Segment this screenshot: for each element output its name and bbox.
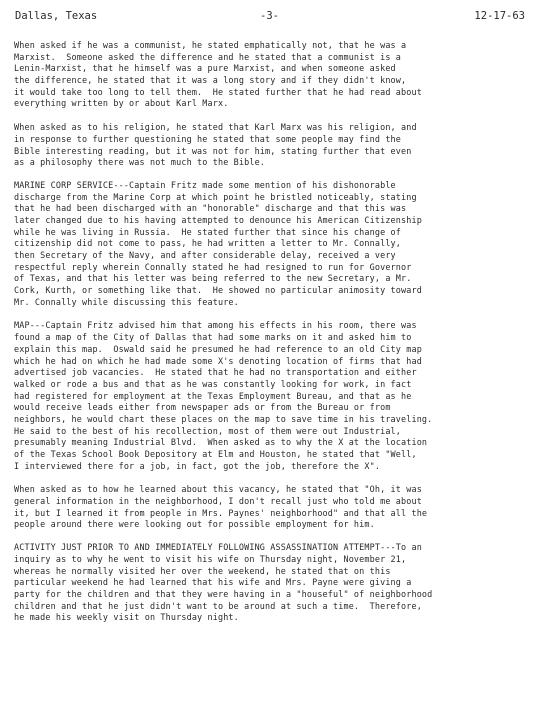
header-place: Dallas, Texas (15, 8, 97, 24)
document-page: Dallas, Texas -3- 12-17-63 When asked if… (0, 0, 557, 719)
text-line: whereas he normally visited her over the… (14, 566, 554, 578)
text-line: that he had been discharged with an "hon… (14, 203, 554, 215)
text-line: respectful reply wherein Connally stated… (14, 262, 554, 274)
text-line: inquiry as to why he went to visit his w… (14, 554, 554, 566)
text-line: When asked as to his religion, he stated… (14, 122, 554, 134)
text-line: in response to further questioning he st… (14, 134, 554, 146)
text-line: then Secretary of the Navy, and after co… (14, 250, 554, 262)
text-line: of Texas, and that his letter was being … (14, 273, 554, 285)
text-line: of the Texas School Book Depository at E… (14, 449, 554, 461)
paragraph-vacancy: When asked as to how he learned about th… (14, 484, 554, 531)
text-line: neighbors, he would chart these places o… (14, 414, 554, 426)
text-line: When asked if he was a communist, he sta… (14, 40, 554, 52)
paragraph-marine-corp-service: MARINE CORP SERVICE---Captain Fritz made… (14, 180, 554, 309)
document-body: When asked if he was a communist, he sta… (14, 40, 554, 624)
text-line: MAP---Captain Fritz advised him that amo… (14, 320, 554, 332)
text-line: he made his weekly visit on Thursday nig… (14, 612, 554, 624)
text-line: it would take too long to tell them. He … (14, 87, 554, 99)
text-line: He said to the best of his recollection,… (14, 426, 554, 438)
text-line: particular weekend he had learned that h… (14, 577, 554, 589)
text-line: I interviewed there for a job, in fact, … (14, 461, 554, 473)
text-line: walked or rode a bus and that as he was … (14, 379, 554, 391)
paragraph-religion: When asked as to his religion, he stated… (14, 122, 554, 169)
text-line: which he had on which he had made some X… (14, 356, 554, 368)
text-line: everything written by or about Karl Marx… (14, 98, 554, 110)
header-date: 12-17-63 (474, 8, 525, 24)
page-header: Dallas, Texas -3- 12-17-63 (15, 8, 525, 24)
text-line: presumably meaning Industrial Blvd. When… (14, 437, 554, 449)
text-line: ACTIVITY JUST PRIOR TO AND IMMEDIATELY F… (14, 542, 554, 554)
text-line: while he was living in Russia. He stated… (14, 227, 554, 239)
text-line: found a map of the City of Dallas that h… (14, 332, 554, 344)
text-line: Bible interesting reading, but it was no… (14, 146, 554, 158)
text-line: Marxist. Someone asked the difference an… (14, 52, 554, 64)
text-line: advertised job vacancies. He stated that… (14, 367, 554, 379)
text-line: Mr. Connally while discussing this featu… (14, 297, 554, 309)
text-line: the difference, he stated that it was a … (14, 75, 554, 87)
paragraph-activity: ACTIVITY JUST PRIOR TO AND IMMEDIATELY F… (14, 542, 554, 624)
text-line: When asked as to how he learned about th… (14, 484, 554, 496)
text-line: citizenship did not come to pass, he had… (14, 238, 554, 250)
text-line: general information in the neighborhood,… (14, 496, 554, 508)
text-line: explain this map. Oswald said he presume… (14, 344, 554, 356)
text-line: as a philosophy there was not much to th… (14, 157, 554, 169)
text-line: would receive leads either from newspape… (14, 402, 554, 414)
text-line: Lenin-Marxist, that he himself was a pur… (14, 63, 554, 75)
text-line: children and that he just didn't want to… (14, 601, 554, 613)
text-line: party for the children and that they wer… (14, 589, 554, 601)
text-line: MARINE CORP SERVICE---Captain Fritz made… (14, 180, 554, 192)
text-line: it, but I learned it from people in Mrs.… (14, 508, 554, 520)
text-line: had registered for employment at the Tex… (14, 391, 554, 403)
header-page-number: -3- (260, 8, 279, 24)
text-line: Cork, Kurth, or something like that. He … (14, 285, 554, 297)
text-line: later changed due to his having attempte… (14, 215, 554, 227)
paragraph-marxism: When asked if he was a communist, he sta… (14, 40, 554, 110)
text-line: people around there were looking out for… (14, 519, 554, 531)
paragraph-map: MAP---Captain Fritz advised him that amo… (14, 320, 554, 472)
text-line: discharge from the Marine Corp at which … (14, 192, 554, 204)
